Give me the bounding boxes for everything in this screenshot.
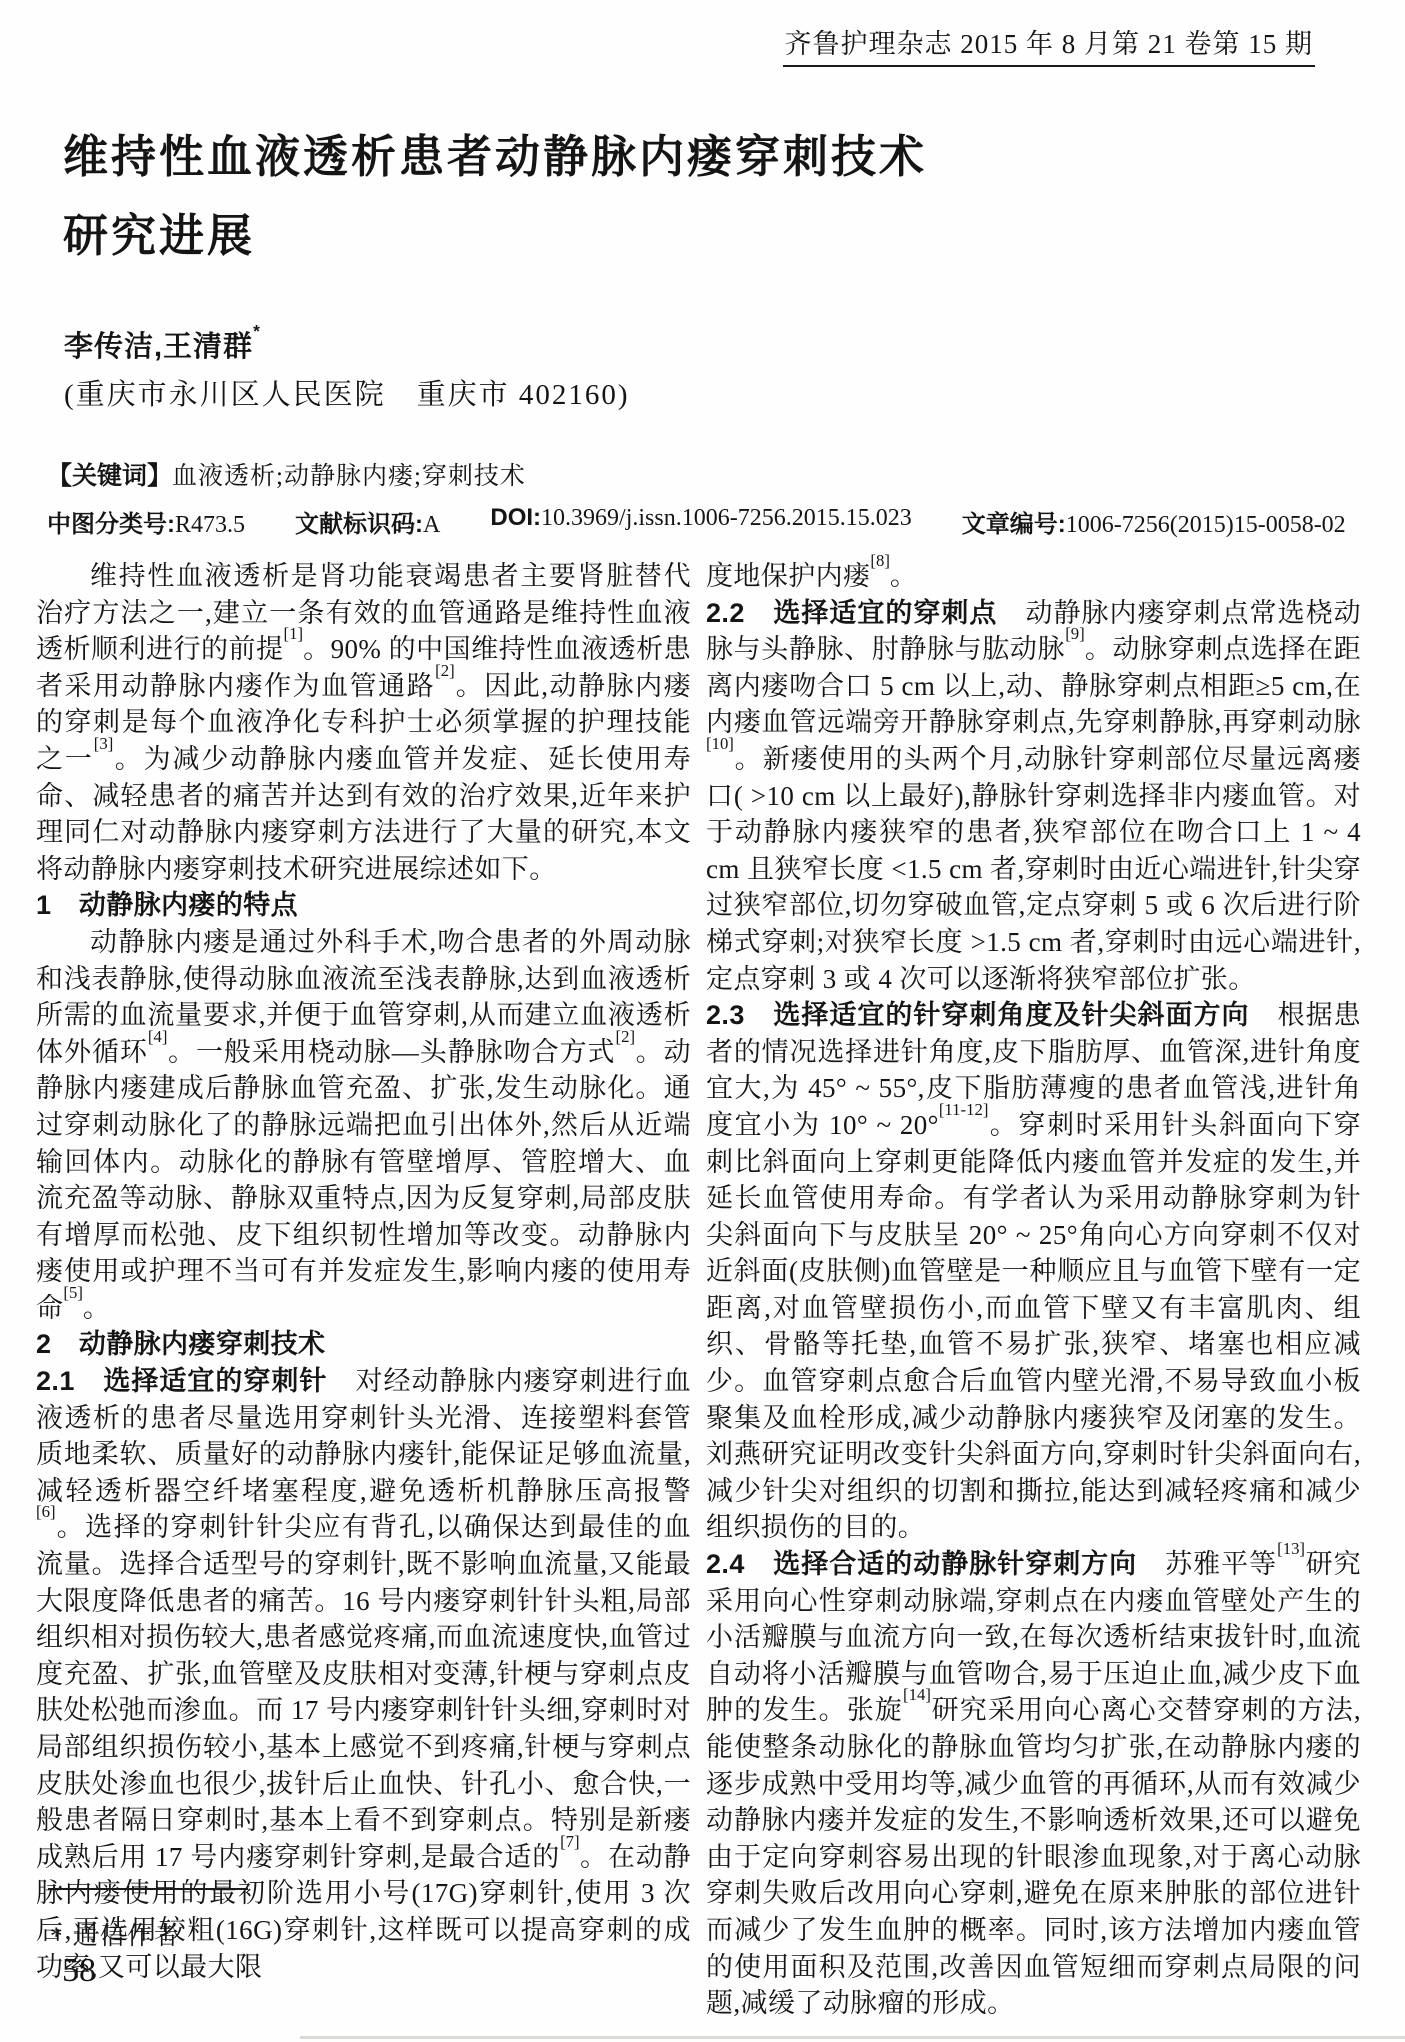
runin-heading: 2.1 选择适宜的穿刺针 (36, 1366, 327, 1396)
runin-heading: 2.2 选择适宜的穿刺点 (706, 598, 997, 628)
body-text: 。为减少动静脉内瘘血管并发症、延长使用寿命、减轻患者的痛苦并达到有效的治疗效果,… (36, 744, 691, 884)
reference-superscript: [3] (94, 734, 114, 753)
reference-superscript: [10] (706, 734, 734, 753)
keywords-row: 【关键词】血液透析;动静脉内瘘;穿刺技术 (47, 456, 526, 492)
journal-page: 齐鲁护理杂志 2015 年 8 月第 21 卷第 15 期 维持性血液透析患者动… (0, 0, 1405, 2042)
reference-superscript: [6] (36, 1502, 56, 1521)
corresponding-author-footnote: * 通信作者 (50, 1916, 181, 1952)
body-text: 研究采用向心离心交替穿刺的方法,能使整条动脉化的静脉血管均匀扩张,在动静脉内瘘的… (706, 1695, 1361, 2018)
article-meta-row: 中图分类号:R473.5 文献标识码:A DOI:10.3969/j.issn.… (47, 504, 1346, 539)
document-code: 文献标识码:A (295, 504, 440, 539)
article-title: 维持性血液透析患者动静脉内瘘穿刺技术 研究进展 (63, 118, 927, 276)
authors-names: 李传洁,王清群 (64, 331, 253, 363)
keywords-label: 【关键词】 (47, 462, 172, 490)
section-heading: 1 动静脉内瘘的特点 (36, 887, 691, 924)
body-text: 。动静脉内瘘建成后静脉血管充盈、扩张,发生动脉化。通过穿刺动脉化了的静脉远端把血… (36, 1037, 691, 1323)
reference-superscript: [8] (870, 551, 890, 570)
reference-superscript: [14] (903, 1685, 931, 1704)
body-text: 2 动静脉内瘘穿刺技术 (36, 1329, 325, 1359)
paragraph: 2.3 选择适宜的针穿刺角度及针尖斜面方向 根据患者的情况选择进针角度,皮下脂肪… (706, 997, 1361, 1546)
document-code-value: A (423, 512, 440, 538)
paragraph: 2.1 选择适宜的穿刺针 对经动静脉内瘘穿刺进行血液透析的患者尽量选用穿刺针头光… (36, 1363, 691, 1985)
body-text: 苏雅平等 (1137, 1549, 1277, 1579)
paragraph: 2.4 选择合适的动静脉针穿刺方向 苏雅平等[13]研究采用向心性穿刺动脉端,穿… (706, 1546, 1361, 2022)
body-text: 度地保护内瘘 (706, 561, 870, 591)
reference-superscript: [1] (284, 624, 304, 643)
article-id-label: 文章编号: (962, 511, 1066, 538)
doi-label: DOI: (490, 504, 541, 531)
article-title-line1: 维持性血液透析患者动静脉内瘘穿刺技术 (63, 118, 927, 197)
authors: 李传洁,王清群* (64, 324, 261, 365)
body-text: 。一般采用桡动脉—头静脉吻合方式 (167, 1037, 615, 1067)
article-id-value: 1006-7256(2015)15-0058-02 (1066, 512, 1346, 538)
reference-superscript: [11-12] (939, 1100, 989, 1119)
body-text: 。 (890, 561, 917, 591)
paragraph: 动静脉内瘘是通过外科手术,吻合患者的外周动脉和浅表静脉,使得动脉血液流至浅表静脉… (36, 924, 691, 1327)
body-text: 。穿刺时采用针头斜面向下穿刺比斜面向上穿刺更能降低内瘘血管并发症的发生,并延长血… (706, 1110, 1361, 1543)
footnote-divider (48, 1888, 248, 1890)
page-number: 58 (62, 1952, 96, 1990)
reference-superscript: [2] (435, 661, 455, 680)
runin-heading: 2.4 选择合适的动静脉针穿刺方向 (706, 1549, 1137, 1579)
reference-superscript: [13] (1277, 1539, 1305, 1558)
reference-superscript: [4] (148, 1027, 168, 1046)
body-text: 。选择的穿刺针针尖应有背孔,以确保达到最佳的血流量。选择合适型号的穿刺针,既不影… (36, 1512, 691, 1871)
body-text: 1 动静脉内瘘的特点 (36, 890, 298, 920)
paragraph: 维持性血液透析是肾功能衰竭患者主要肾脏替代治疗方法之一,建立一条有效的血管通路是… (36, 558, 691, 887)
left-column: 维持性血液透析是肾功能衰竭患者主要肾脏替代治疗方法之一,建立一条有效的血管通路是… (36, 558, 691, 1985)
doi-value: 10.3969/j.issn.1006-7256.2015.15.023 (541, 505, 912, 531)
keywords-value: 血液透析;动静脉内瘘;穿刺技术 (172, 463, 526, 490)
paragraph: 2.2 选择适宜的穿刺点 动静脉内瘘穿刺点常选桡动脉与头静脉、肘静脉与肱动脉[9… (706, 595, 1361, 998)
reference-superscript: [2] (616, 1027, 636, 1046)
article-title-line2: 研究进展 (63, 197, 927, 276)
reference-superscript: [7] (560, 1832, 580, 1851)
section-heading: 2 动静脉内瘘穿刺技术 (36, 1326, 691, 1363)
article-id: 文章编号:1006-7256(2015)15-0058-02 (962, 504, 1346, 539)
journal-running-head: 齐鲁护理杂志 2015 年 8 月第 21 卷第 15 期 (783, 22, 1316, 67)
document-code-label: 文献标识码: (295, 511, 423, 538)
right-column: 度地保护内瘘[8]。2.2 选择适宜的穿刺点 动静脉内瘘穿刺点常选桡动脉与头静脉… (706, 558, 1361, 2022)
corresponding-author-mark: * (253, 321, 261, 341)
reference-superscript: [9] (1065, 624, 1085, 643)
scan-artifact-line (300, 2036, 1405, 2039)
clc-value: R473.5 (175, 512, 245, 538)
body-text: 。 (83, 1293, 110, 1323)
clc-label: 中图分类号: (47, 511, 175, 538)
clc-number: 中图分类号:R473.5 (47, 504, 245, 539)
affiliation: (重庆市永川区人民医院 重庆市 402160) (64, 372, 630, 413)
doi: DOI:10.3969/j.issn.1006-7256.2015.15.023 (490, 504, 911, 539)
paragraph: 度地保护内瘘[8]。 (706, 558, 1361, 595)
runin-heading: 2.3 选择适宜的针穿刺角度及针尖斜面方向 (706, 1000, 1250, 1030)
reference-superscript: [5] (63, 1283, 83, 1302)
body-text: 。新瘘使用的头两个月,动脉针穿刺部位尽量远离瘘口( >10 cm 以上最好),静… (706, 744, 1361, 994)
